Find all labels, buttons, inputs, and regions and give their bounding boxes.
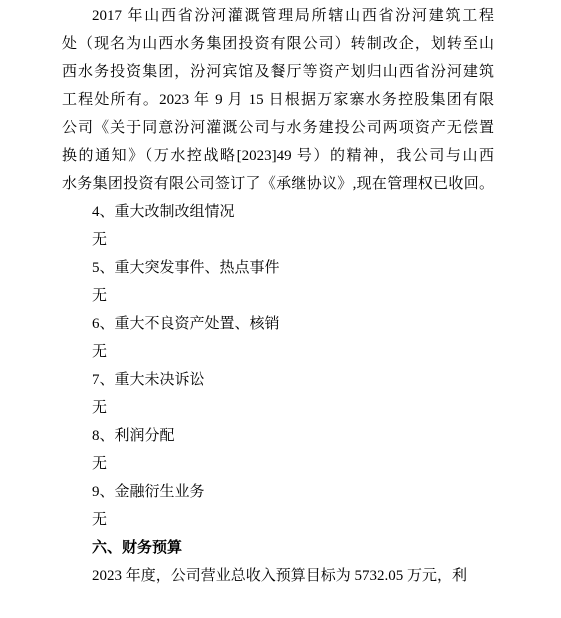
item-heading-8: 8、利润分配 (62, 422, 494, 450)
paragraph-line: 公司《关于同意汾河灌溉公司与水务建投公司两项资产无偿置 (62, 114, 494, 142)
item-heading-6: 6、重大不良资产处置、核销 (62, 310, 494, 338)
item-heading-5: 5、重大突发事件、热点事件 (62, 254, 494, 282)
document-page: 2017 年山西省汾河灌溉管理局所辖山西省汾河建筑工程 处（现名为山西水务集团投… (0, 0, 561, 618)
paragraph-line: 水务集团投资有限公司签订了《承继协议》,现在管理权已收回。 (62, 170, 494, 198)
paragraph-line: 工程处所有。2023 年 9 月 15 日根据万家寨水务控股集团有限 (62, 86, 494, 114)
section-heading: 六、财务预算 (62, 534, 494, 562)
item-body-5: 无 (62, 282, 494, 310)
paragraph-line: 换的通知》（万水控战略[2023]49 号）的精神，我公司与山西 (62, 142, 494, 170)
item-heading-7: 7、重大未决诉讼 (62, 366, 494, 394)
closing-paragraph-line: 2023 年度，公司营业总收入预算目标为 5732.05 万元，利 (62, 562, 494, 590)
item-body-4: 无 (62, 226, 494, 254)
paragraph-line: 西水务投资集团，汾河宾馆及餐厅等资产划归山西省汾河建筑 (62, 58, 494, 86)
item-body-6: 无 (62, 338, 494, 366)
paragraph-line: 处（现名为山西水务集团投资有限公司）转制改企，划转至山 (62, 30, 494, 58)
item-body-8: 无 (62, 450, 494, 478)
item-heading-4: 4、重大改制改组情况 (62, 198, 494, 226)
item-body-9: 无 (62, 506, 494, 534)
document-body: 2017 年山西省汾河灌溉管理局所辖山西省汾河建筑工程 处（现名为山西水务集团投… (0, 0, 561, 590)
item-body-7: 无 (62, 394, 494, 422)
item-heading-9: 9、金融衍生业务 (62, 478, 494, 506)
paragraph-line: 2017 年山西省汾河灌溉管理局所辖山西省汾河建筑工程 (62, 2, 494, 30)
